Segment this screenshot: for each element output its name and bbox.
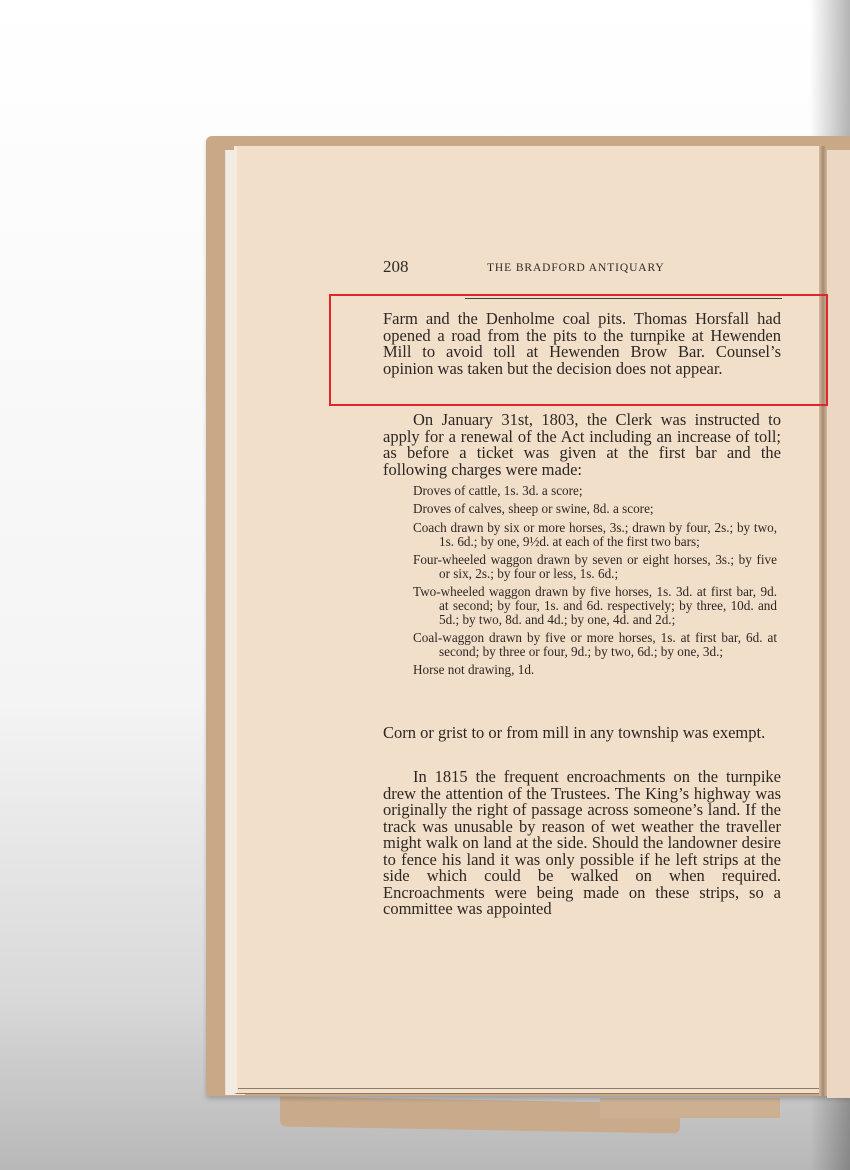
cover-bottom-flap-torn [600, 1098, 780, 1118]
paragraph-1803-block: On January 31st, 1803, the Clerk was ins… [383, 412, 781, 478]
paragraph-exempt: Corn or grist to or from mill in any tow… [383, 725, 781, 742]
book-gutter [819, 146, 827, 1096]
toll-item-calves: Droves of calves, sheep or swine, 8d. a … [413, 502, 777, 516]
page-number: 208 [383, 257, 409, 277]
toll-charges-list: Droves of cattle, 1s. 3d. a score; Drove… [413, 484, 777, 682]
toll-item-coach: Coach drawn by six or more horses, 3s.; … [413, 521, 777, 549]
toll-item-two-wheeled: Two-wheeled waggon drawn by five horses,… [413, 585, 777, 626]
paragraph-denholme: Farm and the Denholme coal pits. Thomas … [383, 311, 781, 377]
page-bottom-edge [238, 1088, 822, 1089]
paragraph-1815: In 1815 the frequent encroachments on th… [383, 769, 781, 918]
paragraph-1815-block: In 1815 the frequent encroachments on th… [383, 769, 781, 918]
toll-item-coal-waggon: Coal-waggon drawn by five or more horses… [413, 631, 777, 659]
running-head: 208 THE BRADFORD ANTIQUARY [383, 257, 783, 279]
highlighted-paragraph: Farm and the Denholme coal pits. Thomas … [383, 311, 781, 377]
toll-item-four-wheeled: Four-wheeled waggon drawn by seven or ei… [413, 553, 777, 581]
journal-title: THE BRADFORD ANTIQUARY [487, 262, 665, 274]
header-rule [465, 298, 782, 299]
toll-item-cattle: Droves of cattle, 1s. 3d. a score; [413, 484, 777, 498]
facing-page-edge [827, 150, 850, 1098]
toll-item-horse: Horse not drawing, 1d. [413, 663, 777, 677]
paragraph-exempt-block: Corn or grist to or from mill in any tow… [383, 725, 781, 742]
paragraph-1803: On January 31st, 1803, the Clerk was ins… [383, 412, 781, 478]
